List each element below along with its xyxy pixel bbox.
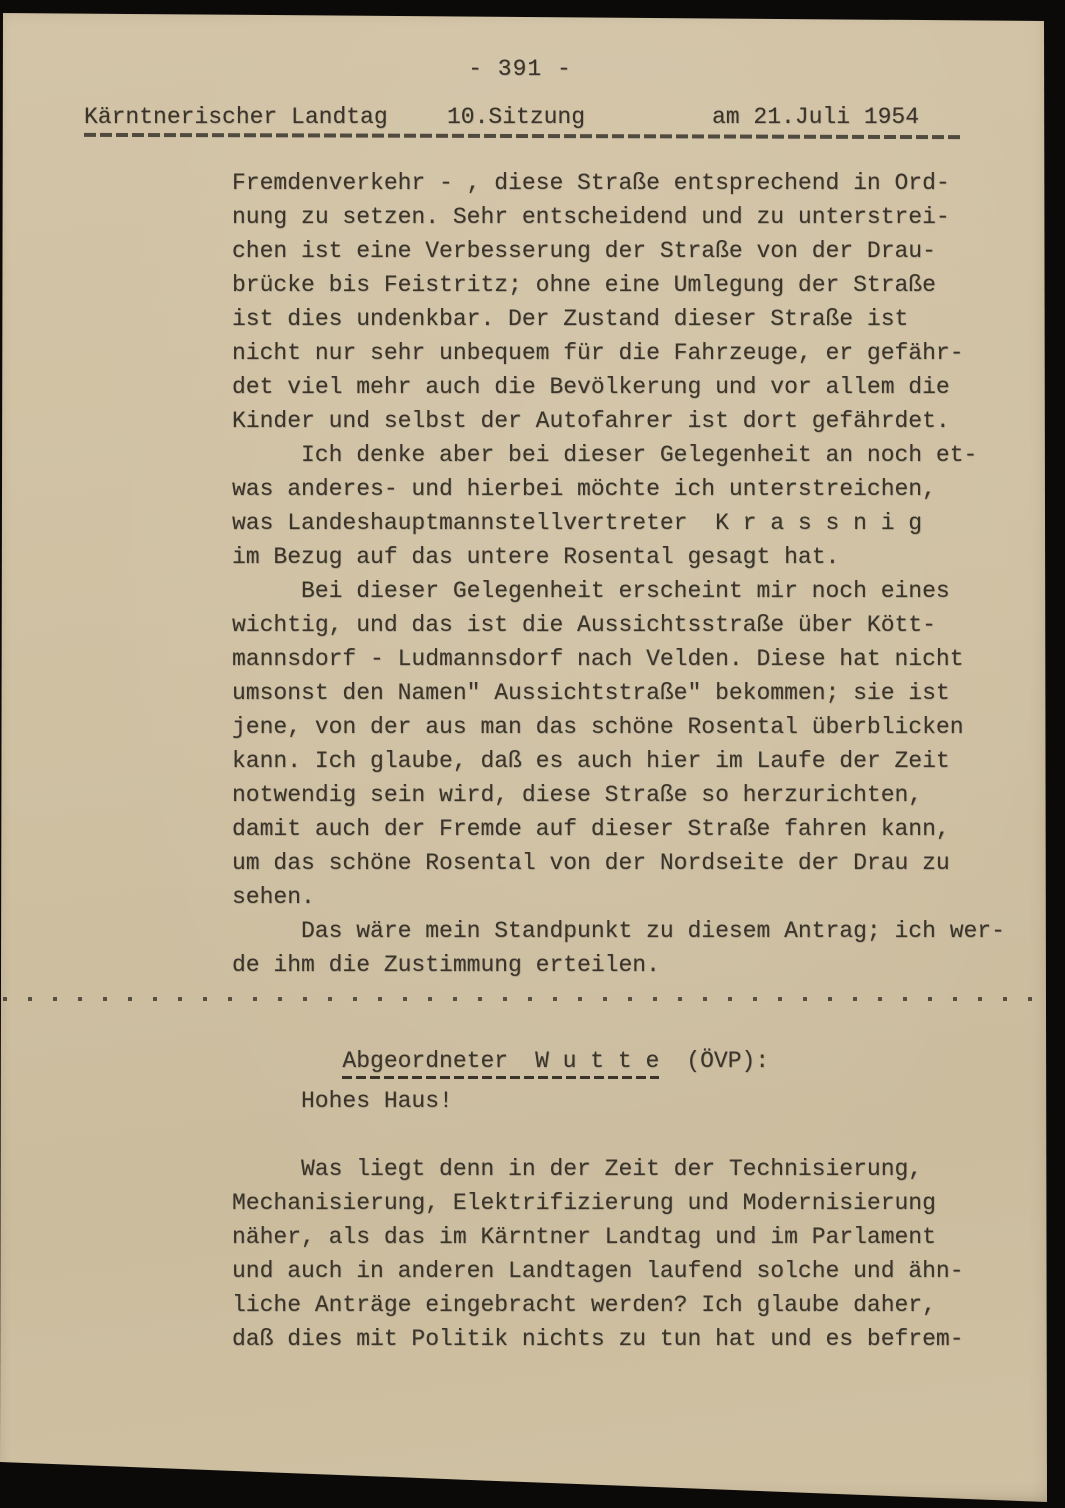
paper-sheet: - 391 - Kärntnerischer Landtag 10.Sitzun… [0,0,1065,1508]
text-line: Kinder und selbst der Autofahrer ist dor… [232,404,992,438]
text-line: nung zu setzen. Sehr entscheidend und zu… [232,200,992,234]
text-line: Hohes Haus! [232,1084,992,1118]
text-line: was Landeshauptmannstellvertreter K r a … [232,506,992,540]
text-line: brücke bis Feistritz; ohne eine Umlegung… [232,268,992,302]
text-line: de ihm die Zustimmung erteilen. [232,948,992,982]
text-line: Ich denke aber bei dieser Gelegenheit an… [232,438,992,472]
text-line: um das schöne Rosental von der Nordseite… [232,846,992,880]
text-line: was anderes- und hierbei möchte ich unte… [232,472,992,506]
speaker-name: W u t t e [535,1048,659,1074]
header-underline [84,133,962,139]
dotted-separator [3,982,1045,1016]
text-line: Das wäre mein Standpunkt zu diesem Antra… [232,914,992,948]
text-line: Bei dieser Gelegenheit erscheint mir noc… [232,574,992,608]
text-line: nicht nur sehr unbequem für die Fahrzeug… [232,336,992,370]
text-line: im Bezug auf das untere Rosental gesagt … [232,540,992,574]
greeting: Hohes Haus! [232,1084,992,1118]
speaker-heading: AbgeordneterW u t t e(ÖVP): [232,1016,992,1050]
text-line: umsonst den Namen" Aussichtstraße" bekom… [232,676,992,710]
text-line: notwendig sein wird, diese Straße so her… [232,778,992,812]
text-line: ist dies undenkbar. Der Zustand dieser S… [232,302,992,336]
header-session: 10.Sitzung [447,104,585,130]
text-line: Fremdenverkehr - , diese Straße entsprec… [232,166,992,200]
paragraph: Ich denke aber bei dieser Gelegenheit an… [232,438,992,574]
speaker-title-and-name: AbgeordneterW u t t e [342,1046,659,1079]
speaker-title: Abgeordneter [342,1048,508,1074]
text-line: sehen. [232,880,992,914]
text-line: Was liegt denn in der Zeit der Technisie… [232,1152,992,1186]
text-line: kann. Ich glaube, daß es auch hier im La… [232,744,992,778]
text-line: jene, von der aus man das schöne Rosenta… [232,710,992,744]
text-line: und auch in anderen Landtagen laufend so… [232,1254,992,1288]
text-line: damit auch der Fremde auf dieser Straße … [232,812,992,846]
header-date: am 21.Juli 1954 [712,104,919,130]
paragraph: Was liegt denn in der Zeit der Technisie… [232,1152,992,1356]
header-institution: Kärntnerischer Landtag [84,104,388,130]
paragraph: Das wäre mein Standpunkt zu diesem Antra… [232,914,992,982]
text-line: Mechanisierung, Elektrifizierung und Mod… [232,1186,992,1220]
text-line: näher, als das im Kärntner Landtag und i… [232,1220,992,1254]
text-line: chen ist eine Verbesserung der Straße vo… [232,234,992,268]
text-line: wichtig, und das ist die Aussichtsstraße… [232,608,992,642]
speaker-party: (ÖVP): [686,1048,769,1074]
page-number: - 391 - [0,56,1040,82]
scanned-page: - 391 - Kärntnerischer Landtag 10.Sitzun… [0,0,1065,1508]
paragraph: Bei dieser Gelegenheit erscheint mir noc… [232,574,992,914]
text-line: det viel mehr auch die Bevölkerung und v… [232,370,992,404]
text-line: liche Anträge eingebracht werden? Ich gl… [232,1288,992,1322]
text-line: daß dies mit Politik nichts zu tun hat u… [232,1322,992,1356]
paragraph: Fremdenverkehr - , diese Straße entsprec… [232,166,992,438]
document-body: Fremdenverkehr - , diese Straße entsprec… [232,166,992,1356]
text-line: mannsdorf - Ludmannsdorf nach Velden. Di… [232,642,992,676]
